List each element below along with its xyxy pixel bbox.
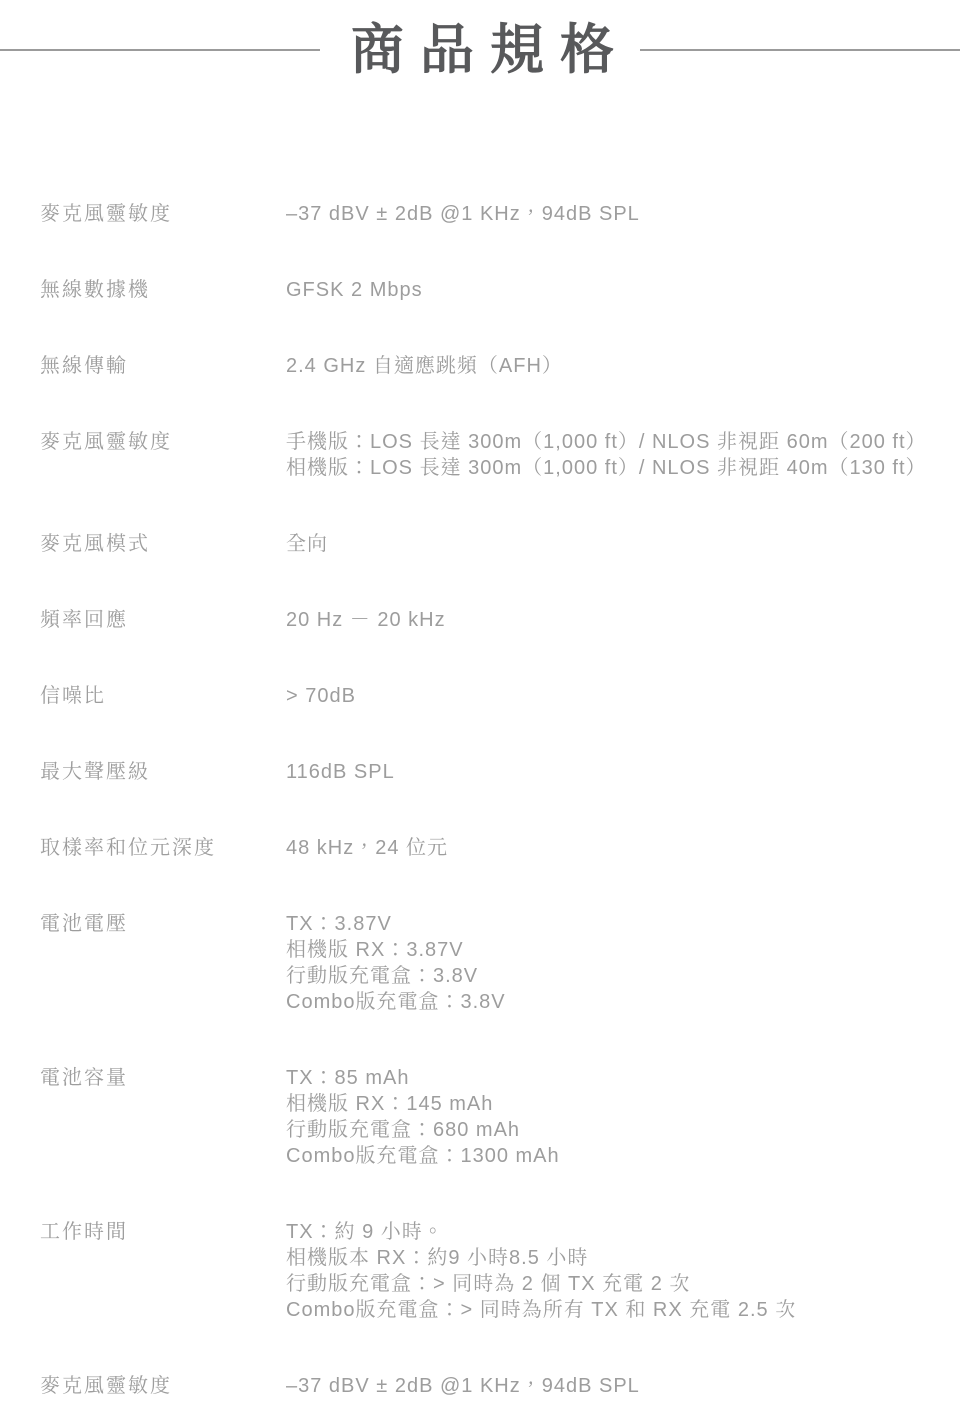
- title-rule-right: [640, 49, 960, 51]
- spec-value-line: 相機版：LOS 長達 300m（1,000 ft）/ NLOS 非視距 40m（…: [286, 455, 942, 481]
- spec-value-line: TX：3.87V: [286, 911, 942, 937]
- spec-value: 手機版：LOS 長達 300m（1,000 ft）/ NLOS 非視距 60m（…: [286, 429, 942, 481]
- spec-row: 無線傳輸2.4 GHz 自適應跳頻（AFH）: [40, 353, 942, 379]
- spec-label: 麥克風靈敏度: [40, 429, 286, 455]
- spec-row: 頻率回應20 Hz － 20 kHz: [40, 607, 942, 633]
- spec-label: 麥克風靈敏度: [40, 1373, 286, 1399]
- spec-value-line: 2.4 GHz 自適應跳頻（AFH）: [286, 353, 942, 379]
- spec-value-line: Combo版充電盒：1300 mAh: [286, 1143, 942, 1169]
- spec-value: > 70dB: [286, 683, 942, 709]
- spec-table: 麥克風靈敏度–37 dBV ± 2dB @1 KHz，94dB SPL無線數據機…: [0, 201, 960, 1399]
- spec-value-line: Combo版充電盒：3.8V: [286, 989, 942, 1015]
- spec-value-line: 全向: [286, 531, 942, 557]
- spec-value-line: 行動版充電盒：680 mAh: [286, 1117, 942, 1143]
- spec-value: 20 Hz － 20 kHz: [286, 607, 942, 633]
- spec-value: –37 dBV ± 2dB @1 KHz，94dB SPL: [286, 1373, 942, 1399]
- spec-label: 頻率回應: [40, 607, 286, 633]
- page-title: 商品規格: [346, 23, 630, 77]
- spec-label: 麥克風模式: [40, 531, 286, 557]
- spec-value-line: 116dB SPL: [286, 759, 942, 785]
- section-header: 商品規格: [0, 14, 960, 86]
- spec-row: 最大聲壓級116dB SPL: [40, 759, 942, 785]
- spec-row: 工作時間TX：約 9 小時。相機版本 RX：約9 小時8.5 小時行動版充電盒：…: [40, 1219, 942, 1323]
- spec-label: 麥克風靈敏度: [40, 201, 286, 227]
- spec-row: 麥克風模式全向: [40, 531, 942, 557]
- spec-value-line: 20 Hz － 20 kHz: [286, 607, 942, 633]
- spec-value: –37 dBV ± 2dB @1 KHz，94dB SPL: [286, 201, 942, 227]
- spec-value: TX：85 mAh相機版 RX：145 mAh行動版充電盒：680 mAhCom…: [286, 1065, 942, 1169]
- spec-value: TX：約 9 小時。相機版本 RX：約9 小時8.5 小時行動版充電盒：> 同時…: [286, 1219, 942, 1323]
- title-rule-left: [0, 49, 320, 51]
- spec-value-line: 相機版本 RX：約9 小時8.5 小時: [286, 1245, 942, 1271]
- spec-label: 取樣率和位元深度: [40, 835, 286, 861]
- spec-value: 全向: [286, 531, 942, 557]
- spec-value: 48 kHz，24 位元: [286, 835, 942, 861]
- spec-value-line: 48 kHz，24 位元: [286, 835, 942, 861]
- spec-value-line: 行動版充電盒：> 同時為 2 個 TX 充電 2 次: [286, 1271, 942, 1297]
- spec-row: 電池容量TX：85 mAh相機版 RX：145 mAh行動版充電盒：680 mA…: [40, 1065, 942, 1169]
- spec-row: 無線數據機GFSK 2 Mbps: [40, 277, 942, 303]
- spec-row: 麥克風靈敏度手機版：LOS 長達 300m（1,000 ft）/ NLOS 非視…: [40, 429, 942, 481]
- spec-value-line: 行動版充電盒：3.8V: [286, 963, 942, 989]
- spec-label: 無線數據機: [40, 277, 286, 303]
- spec-label: 最大聲壓級: [40, 759, 286, 785]
- spec-row: 麥克風靈敏度–37 dBV ± 2dB @1 KHz，94dB SPL: [40, 201, 942, 227]
- spec-value: GFSK 2 Mbps: [286, 277, 942, 303]
- spec-row: 取樣率和位元深度48 kHz，24 位元: [40, 835, 942, 861]
- spec-label: 電池容量: [40, 1065, 286, 1091]
- spec-value-line: 相機版 RX：3.87V: [286, 937, 942, 963]
- spec-row: 麥克風靈敏度–37 dBV ± 2dB @1 KHz，94dB SPL: [40, 1373, 942, 1399]
- spec-value: 2.4 GHz 自適應跳頻（AFH）: [286, 353, 942, 379]
- spec-value-line: –37 dBV ± 2dB @1 KHz，94dB SPL: [286, 1373, 942, 1399]
- spec-label: 無線傳輸: [40, 353, 286, 379]
- spec-value-line: TX：約 9 小時。: [286, 1219, 942, 1245]
- spec-value: 116dB SPL: [286, 759, 942, 785]
- spec-label: 工作時間: [40, 1219, 286, 1245]
- spec-row: 電池電壓TX：3.87V相機版 RX：3.87V行動版充電盒：3.8VCombo…: [40, 911, 942, 1015]
- spec-value-line: GFSK 2 Mbps: [286, 277, 942, 303]
- spec-value-line: –37 dBV ± 2dB @1 KHz，94dB SPL: [286, 201, 942, 227]
- spec-value-line: Combo版充電盒：> 同時為所有 TX 和 RX 充電 2.5 次: [286, 1297, 942, 1323]
- spec-row: 信噪比> 70dB: [40, 683, 942, 709]
- spec-value-line: 相機版 RX：145 mAh: [286, 1091, 942, 1117]
- spec-value-line: > 70dB: [286, 683, 942, 709]
- spec-label: 信噪比: [40, 683, 286, 709]
- spec-label: 電池電壓: [40, 911, 286, 937]
- spec-value: TX：3.87V相機版 RX：3.87V行動版充電盒：3.8VCombo版充電盒…: [286, 911, 942, 1015]
- spec-value-line: 手機版：LOS 長達 300m（1,000 ft）/ NLOS 非視距 60m（…: [286, 429, 942, 455]
- spec-value-line: TX：85 mAh: [286, 1065, 942, 1091]
